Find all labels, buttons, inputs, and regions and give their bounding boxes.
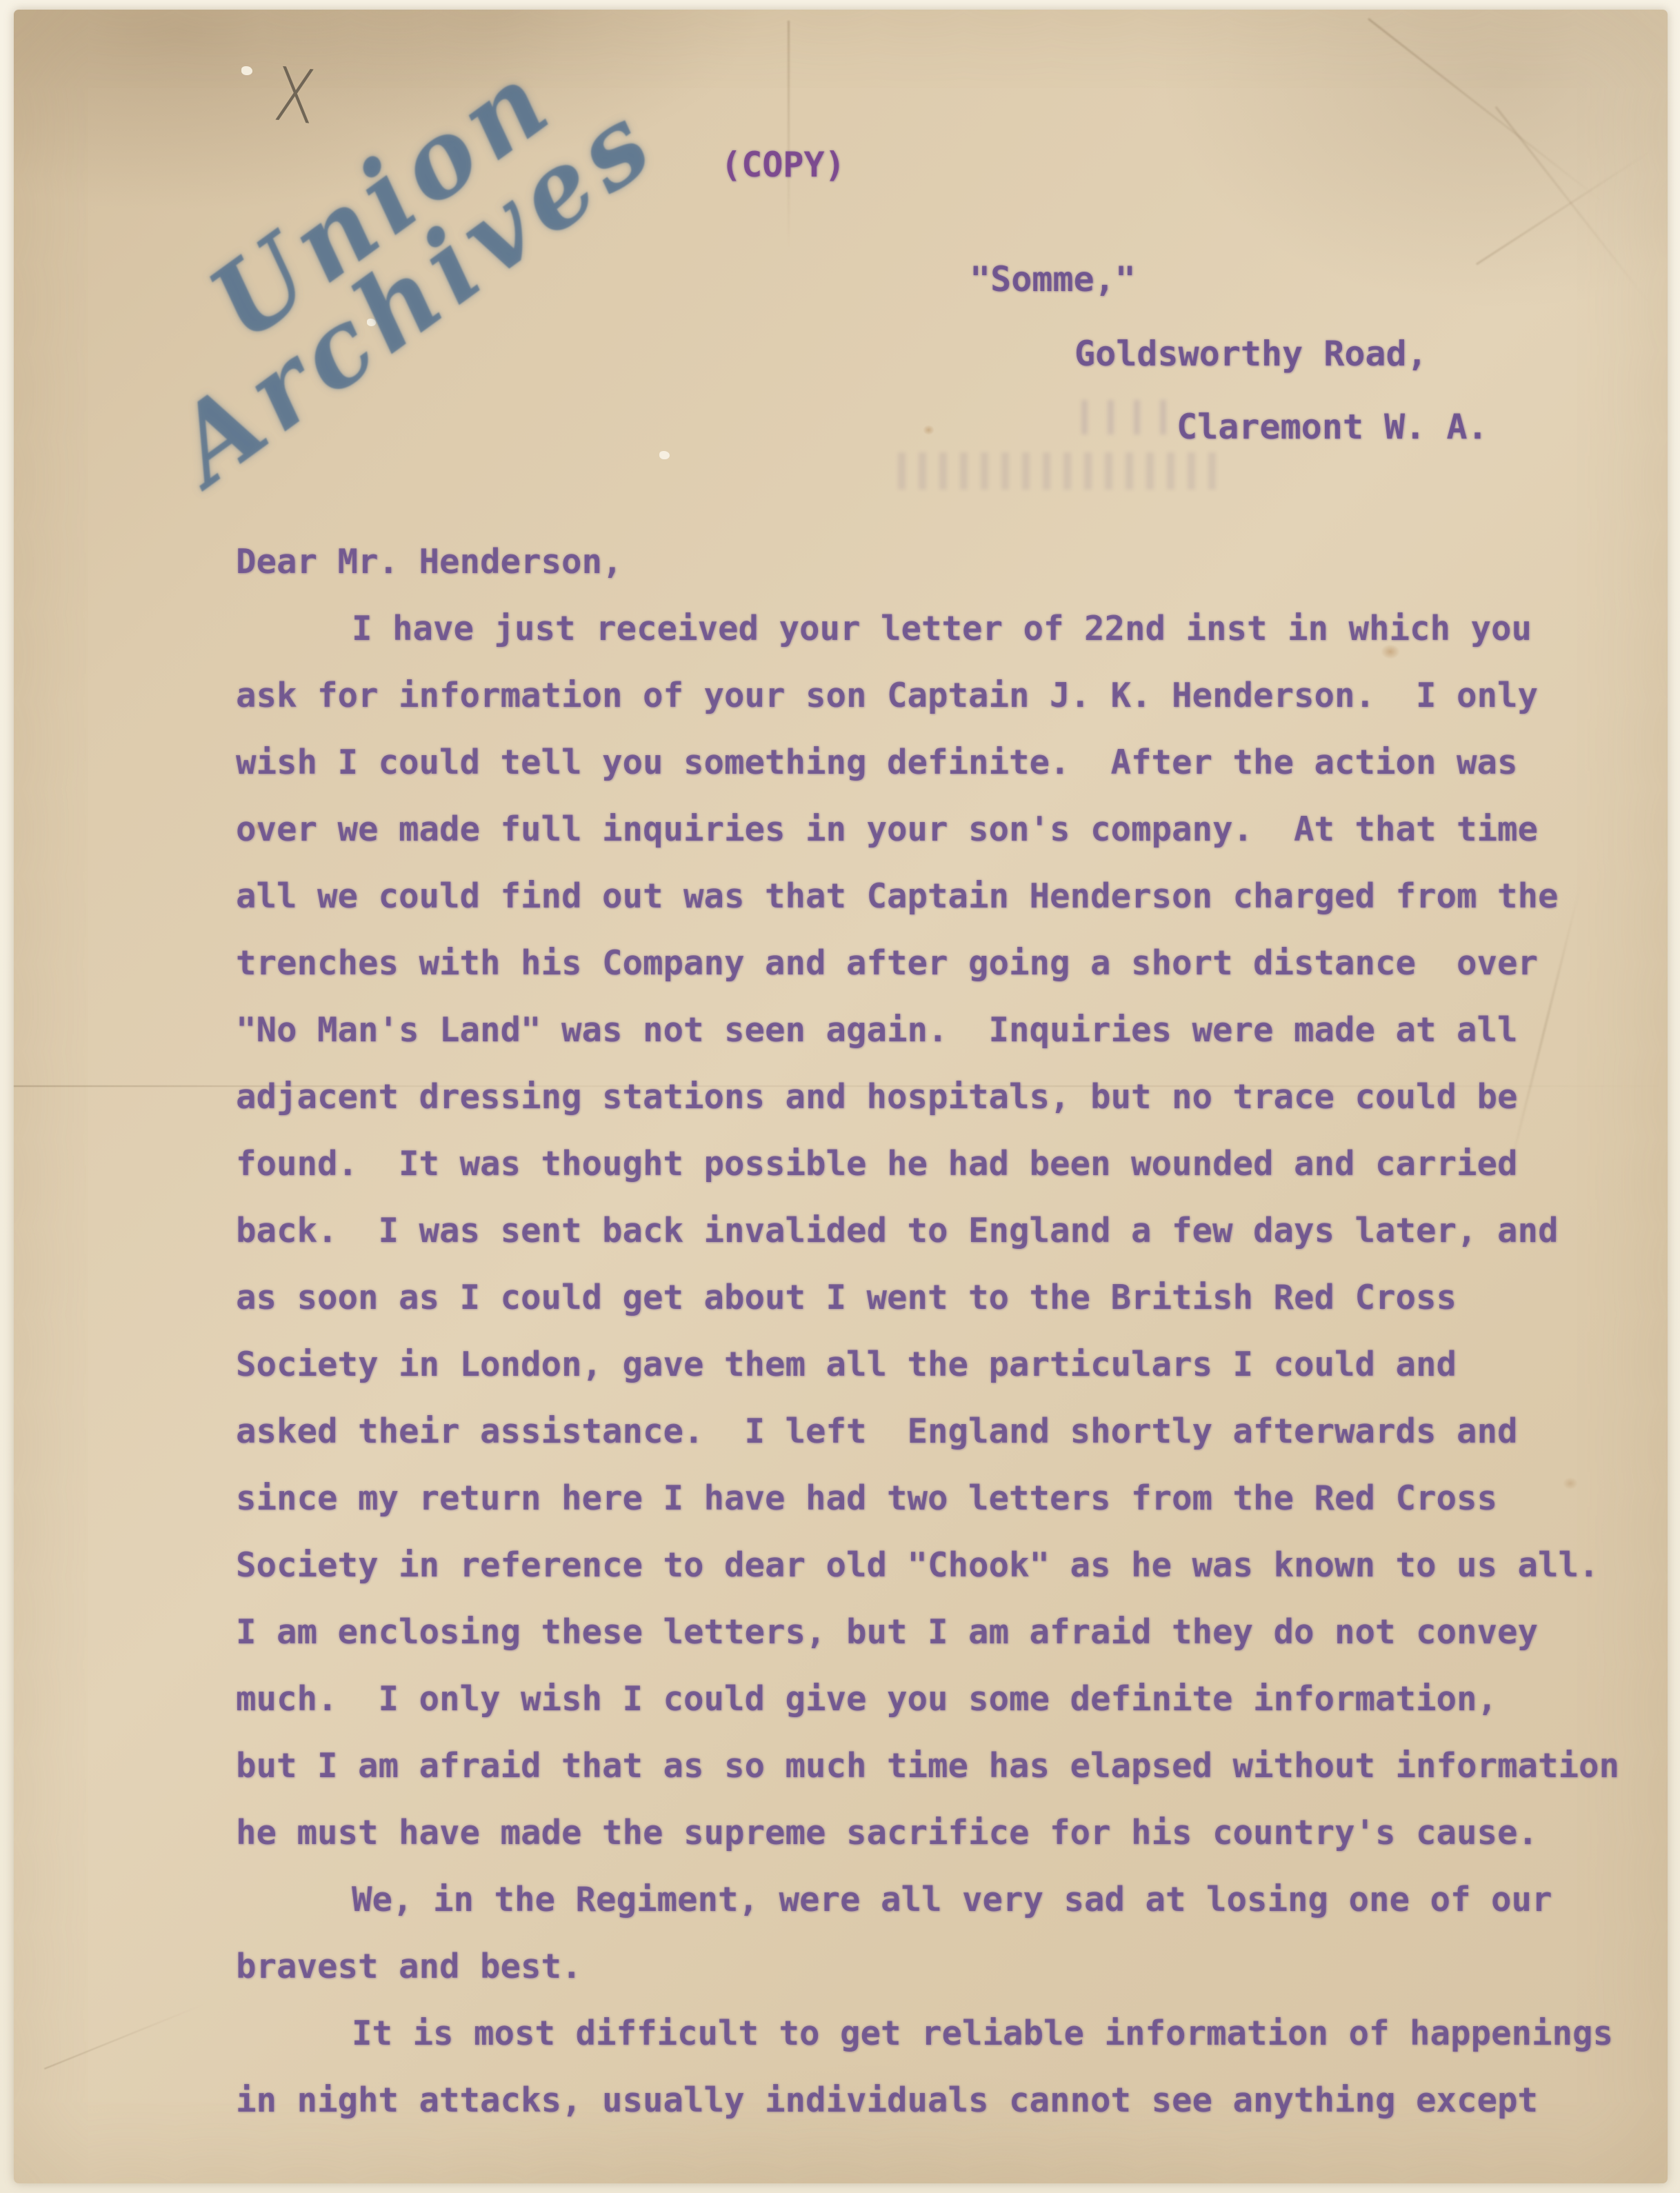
body-line: We, in the Regiment, were all very sad a… — [236, 1866, 1680, 1933]
address-line-street: Goldsworthy Road, — [1074, 334, 1428, 374]
body-line: much. I only wish I could give you some … — [236, 1665, 1680, 1732]
address-line-house: "Somme," — [970, 259, 1136, 299]
copy-label: (COPY) — [721, 145, 846, 185]
paper-stain — [923, 425, 934, 435]
body-line: back. I was sent back invalided to Engla… — [236, 1197, 1680, 1264]
body-line: ask for information of your son Captain … — [236, 662, 1680, 729]
paper-chip — [241, 66, 252, 75]
body-line: It is most difficult to get reliable inf… — [236, 2000, 1680, 2067]
body-line: all we could find out was that Captain H… — [236, 863, 1680, 930]
body-line: I am enclosing these letters, but I am a… — [236, 1599, 1680, 1665]
paper-chip — [659, 451, 670, 459]
body-line: Society in London, gave them all the par… — [236, 1331, 1680, 1398]
body-line: bravest and best. — [236, 1933, 1680, 2000]
body-line: found. It was thought possible he had be… — [236, 1130, 1680, 1197]
body-line: trenches with his Company and after goin… — [236, 930, 1680, 997]
body-line: but I am afraid that as so much time has… — [236, 1732, 1680, 1799]
body-line: "No Man's Land" was not seen again. Inqu… — [236, 997, 1680, 1063]
paper-crease — [1368, 18, 1603, 202]
body-line: over we made full inquiries in your son'… — [236, 796, 1680, 863]
ink-smudge — [898, 452, 1222, 490]
scan-background: X Union Archives (COPY) "Somme," Goldswo… — [0, 0, 1680, 2193]
letter-page: X Union Archives (COPY) "Somme," Goldswo… — [14, 10, 1668, 2183]
body-line: wish I could tell you something definite… — [236, 729, 1680, 796]
letter-body: Dear Mr. Henderson, I have just received… — [236, 528, 1680, 2134]
body-line: he must have made the supreme sacrifice … — [236, 1799, 1680, 1866]
body-line: asked their assistance. I left England s… — [236, 1398, 1680, 1465]
paper-crease — [44, 2003, 205, 2070]
paper-crease — [1476, 151, 1650, 266]
paper-crease — [788, 21, 790, 248]
address-line-town: Claremont W. A. — [1177, 407, 1488, 447]
body-line: Society in reference to dear old "Chook"… — [236, 1532, 1680, 1599]
body-line: I have just received your letter of 22nd… — [236, 595, 1680, 662]
pencil-x-mark: X — [270, 52, 320, 141]
body-line: in night attacks, usually individuals ca… — [236, 2067, 1680, 2134]
body-line: as soon as I could get about I went to t… — [236, 1264, 1680, 1331]
ink-smudge — [1081, 400, 1174, 434]
body-line: since my return here I have had two lett… — [236, 1465, 1680, 1532]
paper-crease — [1495, 106, 1650, 303]
body-line: adjacent dressing stations and hospitals… — [236, 1063, 1680, 1130]
salutation: Dear Mr. Henderson, — [236, 528, 1680, 595]
